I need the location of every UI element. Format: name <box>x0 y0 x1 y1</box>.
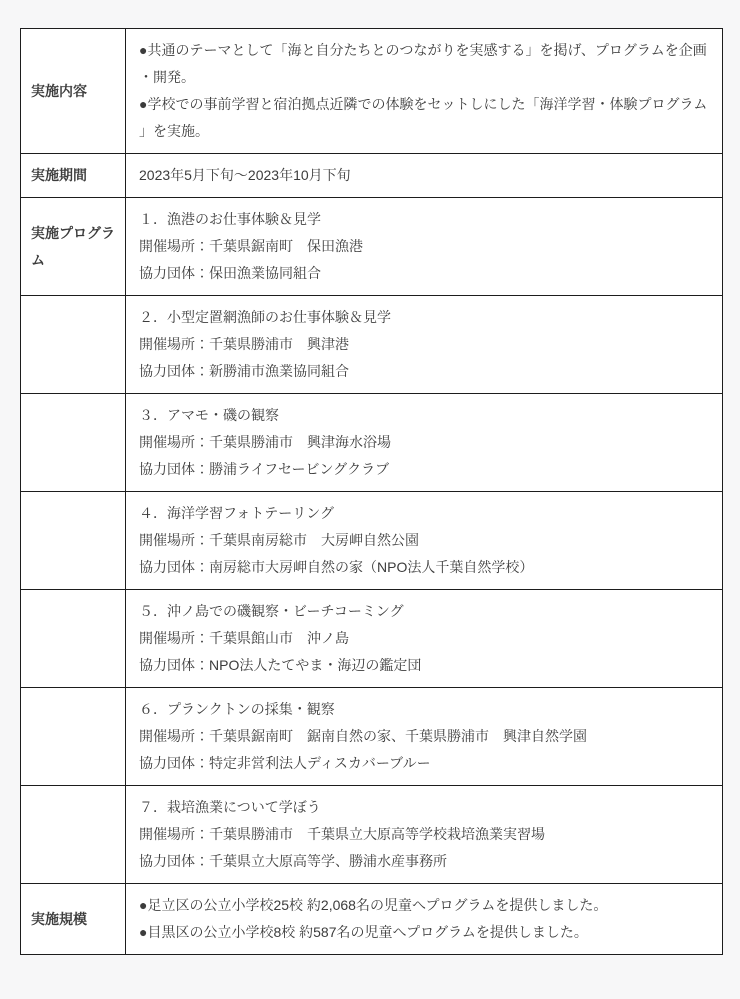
text-line: 開催場所：千葉県館山市 沖ノ島 <box>139 625 709 652</box>
table-body: 実施内容 ●共通のテーマとして「海と自分たちとのつながりを実感する」を掲げ、プロ… <box>21 29 723 955</box>
row-label <box>21 394 126 492</box>
table-row: 実施規模 ●足立区の公立小学校25校 約2,068名の児童へプログラムを提供しま… <box>21 884 723 955</box>
text-line: 協力団体：勝浦ライフセービングクラブ <box>139 456 709 483</box>
text-line: 協力団体：保田漁業協同組合 <box>139 260 709 287</box>
text-line: 開催場所：千葉県鋸南町 鋸南自然の家、千葉県勝浦市 興津自然学園 <box>139 723 709 750</box>
row-content: ４．海洋学習フォトテーリング開催場所：千葉県南房総市 大房岬自然公園協力団体：南… <box>126 492 723 590</box>
text-line: ●学校での事前学習と宿泊拠点近隣での体験をセットしにした「海洋学習・体験プログラ… <box>139 91 709 118</box>
table-row: 実施期間 2023年5月下旬～2023年10月下旬 <box>21 154 723 198</box>
row-content: ２．小型定置網漁師のお仕事体験＆見学開催場所：千葉県勝浦市 興津港協力団体：新勝… <box>126 296 723 394</box>
row-label <box>21 786 126 884</box>
text-line: 2023年5月下旬～2023年10月下旬 <box>139 162 709 189</box>
row-content: ●共通のテーマとして「海と自分たちとのつながりを実感する」を掲げ、プログラムを企… <box>126 29 723 154</box>
text-line: ２．小型定置網漁師のお仕事体験＆見学 <box>139 304 709 331</box>
row-label: 実施規模 <box>21 884 126 955</box>
table-row: ２．小型定置網漁師のお仕事体験＆見学開催場所：千葉県勝浦市 興津港協力団体：新勝… <box>21 296 723 394</box>
text-line: 開催場所：千葉県勝浦市 興津海水浴場 <box>139 429 709 456</box>
text-line: ・開発。 <box>139 64 709 91</box>
text-line: 」を実施。 <box>139 118 709 145</box>
table-row: 実施プログラム １．漁港のお仕事体験＆見学開催場所：千葉県鋸南町 保田漁港協力団… <box>21 198 723 296</box>
text-line: ●目黒区の公立小学校8校 約587名の児童へプログラムを提供しました。 <box>139 919 709 946</box>
text-line: ５．沖ノ島での磯観察・ビーチコーミング <box>139 598 709 625</box>
row-content: ３．アマモ・磯の観察開催場所：千葉県勝浦市 興津海水浴場協力団体：勝浦ライフセー… <box>126 394 723 492</box>
table-row: ５．沖ノ島での磯観察・ビーチコーミング開催場所：千葉県館山市 沖ノ島協力団体：N… <box>21 590 723 688</box>
text-line: 開催場所：千葉県勝浦市 千葉県立大原高等学校栽培漁業実習場 <box>139 821 709 848</box>
text-line: ６．プランクトンの採集・観察 <box>139 696 709 723</box>
row-label: 実施プログラム <box>21 198 126 296</box>
row-content: ７．栽培漁業について学ぼう開催場所：千葉県勝浦市 千葉県立大原高等学校栽培漁業実… <box>126 786 723 884</box>
text-line: 開催場所：千葉県勝浦市 興津港 <box>139 331 709 358</box>
text-line: 協力団体：NPO法人たてやま・海辺の鑑定団 <box>139 652 709 679</box>
text-line: 開催場所：千葉県南房総市 大房岬自然公園 <box>139 527 709 554</box>
text-line: 開催場所：千葉県鋸南町 保田漁港 <box>139 233 709 260</box>
text-line: ●足立区の公立小学校25校 約2,068名の児童へプログラムを提供しました。 <box>139 892 709 919</box>
text-line: ●共通のテーマとして「海と自分たちとのつながりを実感する」を掲げ、プログラムを企… <box>139 37 709 64</box>
row-label: 実施期間 <box>21 154 126 198</box>
text-line: 協力団体：千葉県立大原高等学、勝浦水産事務所 <box>139 848 709 875</box>
table-row: 実施内容 ●共通のテーマとして「海と自分たちとのつながりを実感する」を掲げ、プロ… <box>21 29 723 154</box>
row-content: ●足立区の公立小学校25校 約2,068名の児童へプログラムを提供しました。●目… <box>126 884 723 955</box>
text-line: １．漁港のお仕事体験＆見学 <box>139 206 709 233</box>
row-content: １．漁港のお仕事体験＆見学開催場所：千葉県鋸南町 保田漁港協力団体：保田漁業協同… <box>126 198 723 296</box>
text-line: ４．海洋学習フォトテーリング <box>139 500 709 527</box>
row-content: 2023年5月下旬～2023年10月下旬 <box>126 154 723 198</box>
row-label <box>21 590 126 688</box>
row-label <box>21 688 126 786</box>
text-line: 協力団体：特定非営利法人ディスカバーブルー <box>139 750 709 777</box>
page-background: 実施内容 ●共通のテーマとして「海と自分たちとのつながりを実感する」を掲げ、プロ… <box>0 0 740 955</box>
row-label <box>21 296 126 394</box>
table-row: ３．アマモ・磯の観察開催場所：千葉県勝浦市 興津海水浴場協力団体：勝浦ライフセー… <box>21 394 723 492</box>
text-line: 協力団体：南房総市大房岬自然の家（NPO法人千葉自然学校） <box>139 554 709 581</box>
row-content: ５．沖ノ島での磯観察・ビーチコーミング開催場所：千葉県館山市 沖ノ島協力団体：N… <box>126 590 723 688</box>
table-row: ７．栽培漁業について学ぼう開催場所：千葉県勝浦市 千葉県立大原高等学校栽培漁業実… <box>21 786 723 884</box>
text-line: ７．栽培漁業について学ぼう <box>139 794 709 821</box>
text-line: ３．アマモ・磯の観察 <box>139 402 709 429</box>
row-label <box>21 492 126 590</box>
row-label: 実施内容 <box>21 29 126 154</box>
program-info-table: 実施内容 ●共通のテーマとして「海と自分たちとのつながりを実感する」を掲げ、プロ… <box>20 28 723 955</box>
table-row: ４．海洋学習フォトテーリング開催場所：千葉県南房総市 大房岬自然公園協力団体：南… <box>21 492 723 590</box>
row-content: ６．プランクトンの採集・観察開催場所：千葉県鋸南町 鋸南自然の家、千葉県勝浦市 … <box>126 688 723 786</box>
text-line: 協力団体：新勝浦市漁業協同組合 <box>139 358 709 385</box>
table-row: ６．プランクトンの採集・観察開催場所：千葉県鋸南町 鋸南自然の家、千葉県勝浦市 … <box>21 688 723 786</box>
